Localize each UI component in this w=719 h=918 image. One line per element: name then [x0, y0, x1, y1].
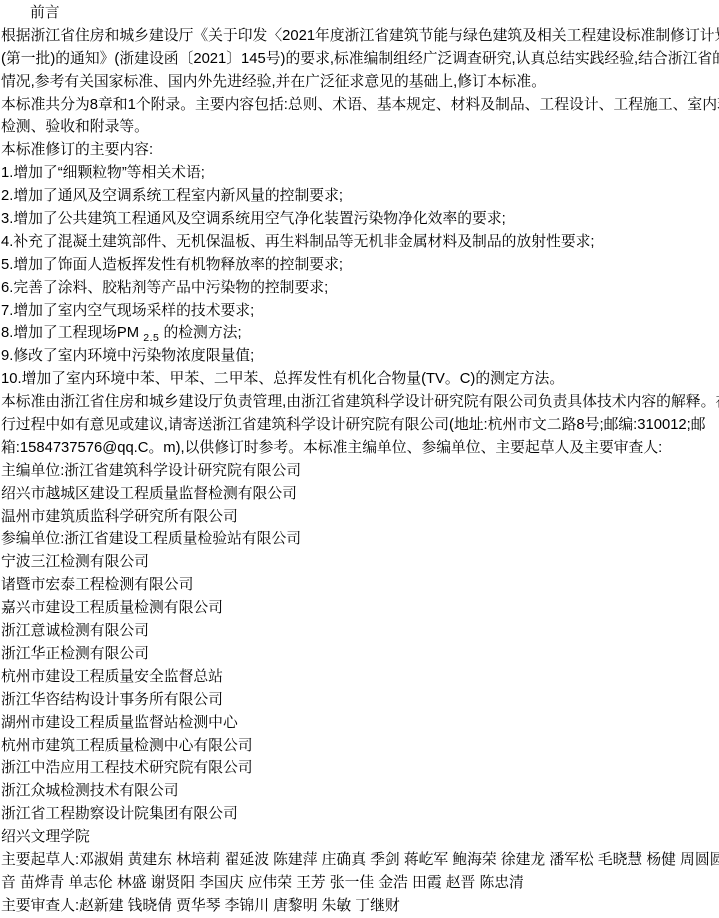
doc-line: 浙江华正检测有限公司: [0, 643, 719, 666]
doc-line: 箱:1584737576@qq.C。m),以供修订时参考。本标准主编单位、参编单…: [0, 437, 719, 460]
participating-unit-line: 参编单位:浙江省建设工程质量检验站有限公司: [0, 528, 719, 551]
doc-line: 杭州市建设工程质量安全监督总站: [0, 666, 719, 689]
doc-line: 5.增加了饰面人造板挥发性有机物释放率的控制要求;: [0, 254, 719, 277]
doc-line: 诸暨市宏泰工程检测有限公司: [0, 574, 719, 597]
doc-line: 浙江意诚检测有限公司: [0, 620, 719, 643]
doc-line: 浙江中浩应用工程技术研究院有限公司: [0, 757, 719, 780]
subscript-text: 2.5: [143, 332, 159, 344]
doc-line: 湖州市建设工程质量监督站检测中心: [0, 712, 719, 735]
doc-line: 浙江省工程勘察设计院集团有限公司: [0, 803, 719, 826]
doc-line: 1.增加了“细颗粒物”等相关术语;: [0, 162, 719, 185]
doc-line: 9.修改了室内环境中污染物浓度限量值;: [0, 345, 719, 368]
doc-line: 嘉兴市建设工程质量检测有限公司: [0, 597, 719, 620]
doc-line: 情况,参考有关国家标准、国内外先进经验,并在广泛征求意见的基础上,修订本标准。: [0, 71, 719, 94]
doc-line: 浙江众城检测技术有限公司: [0, 780, 719, 803]
doc-line: 7.增加了室内空气现场采样的技术要求;: [0, 300, 719, 323]
doc-line: 音 苗烨青 单志伦 林盛 谢贤阳 李国庆 应伟荣 王芳 张一佳 金浩 田霞 赵晋…: [0, 872, 719, 895]
doc-line: 检测、验收和附录等。: [0, 116, 719, 139]
doc-line: 绍兴市越城区建设工程质量监督检测有限公司: [0, 483, 719, 506]
document-body: 前言根据浙江省住房和城乡建设厅《关于印发〈2021年度浙江省建筑节能与绿色建筑及…: [0, 2, 719, 918]
chief-editor-unit-line: 主编单位:浙江省建筑科学设计研究院有限公司: [0, 460, 719, 483]
main-reviewers-line: 主要审查人:赵新建 钱晓倩 贾华琴 李锦川 唐黎明 朱敏 丁继财: [0, 895, 719, 918]
doc-line: 本标准由浙江省住房和城乡建设厅负责管理,由浙江省建筑科学设计研究院有限公司负责具…: [0, 391, 719, 414]
doc-line: 温州市建筑质监科学研究所有限公司: [0, 506, 719, 529]
doc-line: 杭州市建筑工程质量检测中心有限公司: [0, 735, 719, 758]
doc-line-pm25: 8.增加了工程现场PM 2.5 的检测方法;: [0, 322, 719, 345]
doc-line: 本标准修订的主要内容:: [0, 139, 719, 162]
doc-line: 根据浙江省住房和城乡建设厅《关于印发〈2021年度浙江省建筑节能与绿色建筑及相关…: [0, 25, 719, 48]
doc-line: 3.增加了公共建筑工程通风及空调系统用空气净化装置污染物净化效率的要求;: [0, 208, 719, 231]
doc-line: 宁波三江检测有限公司: [0, 551, 719, 574]
doc-line: 浙江华咨结构设计事务所有限公司: [0, 689, 719, 712]
main-drafters-line: 主要起草人:邓淑娟 黄建东 林培莉 翟延波 陈建萍 庄确真 季剑 蒋屹军 鲍海荣…: [0, 849, 719, 872]
doc-line: 本标准共分为8章和1个附录。主要内容包括:总则、术语、基本规定、材料及制品、工程…: [0, 94, 719, 117]
doc-line: 4.补充了混凝土建筑部件、无机保温板、再生料制品等无机非金属材料及制品的放射性要…: [0, 231, 719, 254]
page-title: 前言: [0, 2, 719, 25]
doc-line: 绍兴文理学院: [0, 826, 719, 849]
doc-line: 行过程中如有意见或建议,请寄送浙江省建筑科学设计研究院有限公司(地址:杭州市文二…: [0, 414, 719, 437]
doc-line: (第一批)的通知》(浙建设函〔2021〕145号)的要求,标准编制组经广泛调查研…: [0, 48, 719, 71]
doc-line: 6.完善了涂料、胶粘剂等产品中污染物的控制要求;: [0, 277, 719, 300]
doc-line: 10.增加了室内环境中苯、甲苯、二甲苯、总挥发性有机化合物量(TV。C)的测定方…: [0, 368, 719, 391]
document-page: 前言根据浙江省住房和城乡建设厅《关于印发〈2021年度浙江省建筑节能与绿色建筑及…: [0, 0, 719, 918]
doc-line: 2.增加了通风及空调系统工程室内新风量的控制要求;: [0, 185, 719, 208]
